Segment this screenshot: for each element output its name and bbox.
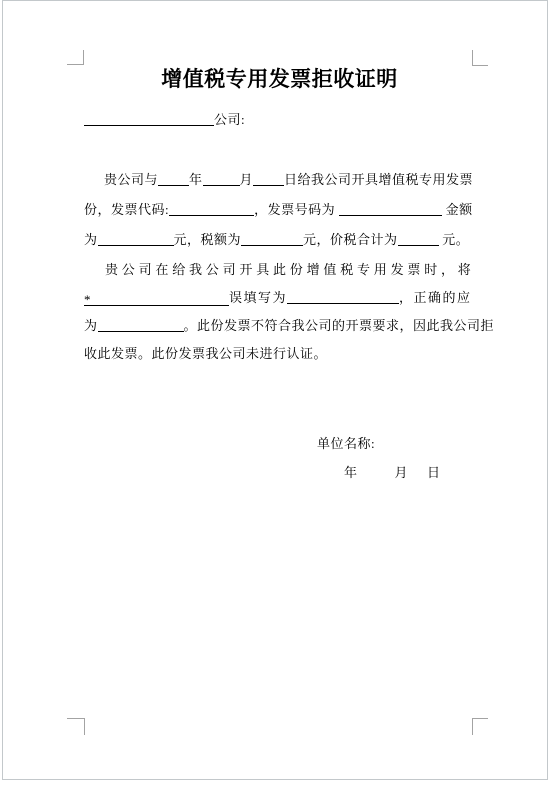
text-run: 金额 [442, 202, 473, 217]
text-run: 元，价税合计为 [303, 232, 398, 247]
document-title: 增值税专用发票拒收证明 [84, 63, 475, 93]
text-run: ，正确的应 [399, 290, 472, 305]
text-run: 。此份发票不符合我公司的开票要求，因此我公司拒 [184, 318, 495, 333]
blank-field [169, 202, 254, 216]
para2-line3: 为。此份发票不符合我公司的开票要求，因此我公司拒 [84, 318, 494, 334]
blank-field [339, 202, 442, 216]
blank-field [84, 112, 214, 126]
para2-line1: 贵公司在给我公司开具此份增值税专用发票时，将 [84, 262, 475, 278]
text-run: 份，发票代码: [84, 202, 169, 217]
text-run: 为 [84, 232, 98, 247]
blank-field [158, 172, 189, 186]
date-line: 年月日 [344, 465, 441, 481]
text-run: 日 [427, 465, 441, 480]
text-run: 日给我公司开具增值税专用发票 [284, 172, 473, 187]
crop-mark-bottom-right [472, 718, 488, 735]
blank-field [98, 318, 184, 332]
salutation-line: 公司: [84, 112, 245, 128]
text-run: 贵公司在给我公司开具此份增值税专用发票时，将 [105, 262, 475, 277]
text-run: 单位名称: [317, 436, 375, 451]
text-run: 元，税额为 [174, 232, 242, 247]
blank-field [253, 172, 284, 186]
para2-line2: *误填写为，正确的应 [84, 290, 472, 306]
para1-line1: 贵公司与年月日给我公司开具增值税专用发票 [84, 172, 473, 188]
unit-name-line: 单位名称: [317, 436, 375, 452]
text-run: 年 [189, 172, 203, 187]
text-run: 公司: [214, 112, 245, 127]
text-run: 为 [84, 318, 98, 333]
para1-line2: 份，发票代码:，发票号码为 金额 [84, 202, 473, 218]
blank-field: * [84, 292, 229, 306]
crop-mark-top-left [67, 50, 84, 65]
text-run: 月 [240, 172, 254, 187]
para1-line3: 为元，税额为元，价税合计为 元。 [84, 232, 469, 248]
text-run: 月 [395, 465, 409, 480]
text-run: 年 [344, 465, 358, 480]
text-run: 元。 [439, 232, 470, 247]
document-page-screenshot: { "page": { "colors": { "text": "#000000… [0, 0, 557, 787]
blank-field [287, 290, 399, 304]
blank-field [398, 232, 439, 246]
text-run: 收此发票。此份发票我公司未进行认证。 [84, 346, 327, 361]
blank-field [98, 232, 174, 246]
para2-line4: 收此发票。此份发票我公司未进行认证。 [84, 346, 327, 362]
text-run: 贵公司与 [104, 172, 158, 187]
text-run: ，发票号码为 [254, 202, 339, 217]
text-run: 误填写为 [229, 290, 287, 305]
crop-mark-bottom-left [67, 718, 85, 735]
blank-field [241, 232, 303, 246]
blank-field [203, 172, 240, 186]
